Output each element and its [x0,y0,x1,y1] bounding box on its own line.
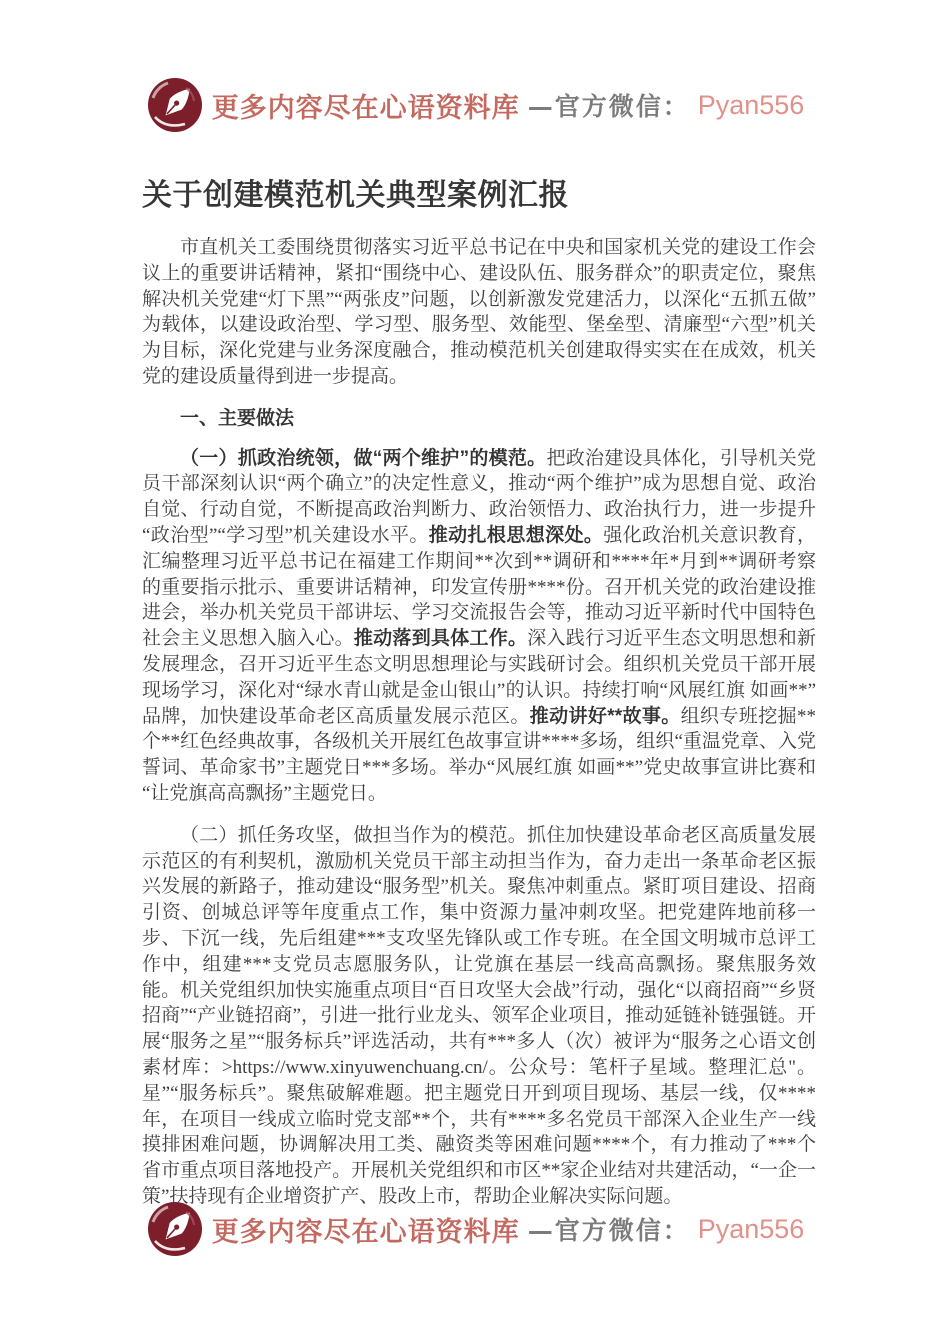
watermark-wechat-label: —官方微信： [528,1211,690,1247]
document-page: 更多内容尽在心语资料库 —官方微信： Pyan556 关于创建模范机关典型案例汇… [0,0,950,1344]
footer-watermark: 更多内容尽在心语资料库 —官方微信： Pyan556 [0,1200,950,1258]
paragraph: （二）抓任务攻坚，做担当作为的模范。抓住加快建设革命老区高质量发展示范区的有利契… [142,823,816,1210]
paragraph: （一）抓政治统领，做“两个维护”的模范。把政治建设具体化，引导机关党员干部深刻认… [142,446,816,807]
paragraph: 市直机关工委围绕贯彻落实习近平总书记在中央和国家机关党的建设工作会议上的重要讲话… [142,235,816,390]
header-watermark: 更多内容尽在心语资料库 —官方微信： Pyan556 [0,0,950,134]
bold-run: 一、主要做法 [180,408,294,429]
watermark-text: 更多内容尽在心语资料库 [212,86,520,125]
text-run: （二）抓任务攻坚，做担当作为的模范。抓住加快建设革命老区高质量发展示范区的有利契… [142,825,816,1207]
bold-run: 推动讲好**故事。 [530,706,681,727]
document-content: 关于创建模范机关典型案例汇报 市直机关工委围绕贯彻落实习近平总书记在中央和国家机… [0,178,950,1210]
watermark-wechat-account: Pyan556 [698,1214,805,1245]
document-body: 市直机关工委围绕贯彻落实习近平总书记在中央和国家机关党的建设工作会议上的重要讲话… [142,235,816,1210]
bold-run: （一）抓政治统领，做“两个维护”的模范。 [180,448,546,469]
pen-nib-logo-icon [146,76,204,134]
text-run: 市直机关工委围绕贯彻落实习近平总书记在中央和国家机关党的建设工作会议上的重要讲话… [142,237,816,387]
pen-nib-logo-icon [146,1200,204,1258]
bold-run: 推动落到具体工作。 [354,628,527,649]
heading: 一、主要做法 [142,406,816,432]
bold-run: 推动扎根思想深处。 [429,525,603,546]
watermark-wechat-label: —官方微信： [528,87,690,123]
page-title: 关于创建模范机关典型案例汇报 [142,178,816,214]
watermark-text: 更多内容尽在心语资料库 [212,1210,520,1249]
watermark-wechat-account: Pyan556 [698,90,805,121]
